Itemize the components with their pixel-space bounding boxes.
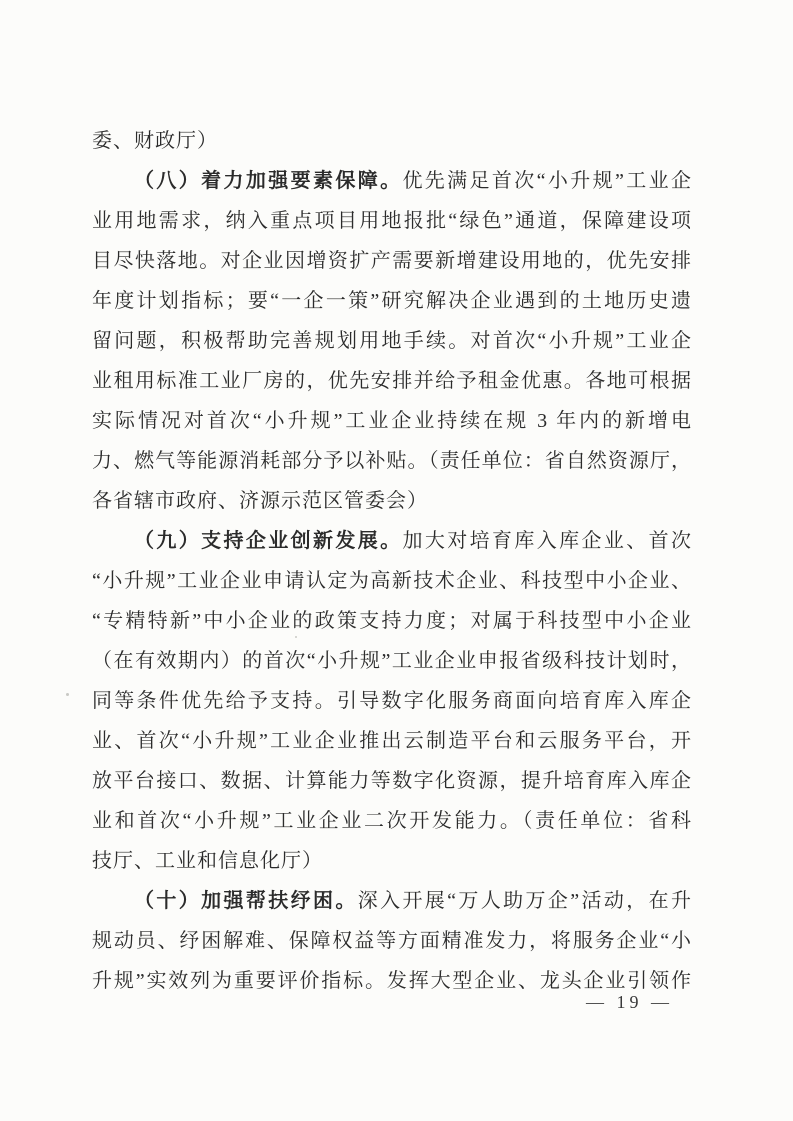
document-line: 业租用标准工业厂房的，优先安排并给予租金优惠。各地可根据 (92, 361, 692, 401)
text-segment: 优先满足首次“小升规”工业企 (402, 170, 692, 192)
document-line: 力、燃气等能源消耗部分予以补贴。（责任单位：省自然资源厅， (92, 441, 692, 481)
document-line: “专精特新”中小企业的政策支持力度；对属于科技型中小企业 (92, 601, 692, 641)
document-line: 委、财政厅） (92, 121, 692, 161)
document-line: 同等条件优先给予支持。引导数字化服务商面向培育库入库企 (92, 681, 692, 721)
text-segment: 业用地需求，纳入重点项目用地报批“绿色”通道，保障建设项 (92, 210, 692, 232)
document-line: 留问题，积极帮助完善规划用地手续。对首次“小升规”工业企 (92, 321, 692, 361)
text-segment: 留问题，积极帮助完善规划用地手续。对首次“小升规”工业企 (92, 330, 692, 352)
text-segment: 同等条件优先给予支持。引导数字化服务商面向培育库入库企 (92, 690, 692, 712)
document-line: （在有效期内）的首次“小升规”工业企业申报省级科技计划时， (92, 641, 692, 681)
page-number: — 19 — (586, 992, 673, 1013)
heading-segment: （九）支持企业创新发展。 (134, 530, 403, 552)
document-line: 年度计划指标；要“一企一策”研究解决企业遇到的土地历史遗 (92, 281, 692, 321)
text-segment: 放平台接口、数据、计算能力等数字化资源，提升培育库入库企 (92, 770, 692, 792)
document-line: 业和首次“小升规”工业企业二次开发能力。（责任单位：省科 (92, 801, 692, 841)
text-segment: 委、财政厅） (92, 130, 218, 152)
document-line: （十）加强帮扶纾困。深入开展“万人助万企”活动，在升 (92, 881, 692, 921)
text-segment: 业租用标准工业厂房的，优先安排并给予租金优惠。各地可根据 (92, 370, 692, 392)
text-segment: 规动员、纾困解难、保障权益等方面精准发力，将服务企业“小 (92, 930, 692, 952)
text-segment: 加大对培育库入库企业、首次 (403, 530, 693, 552)
text-block: 委、财政厅）（八）着力加强要素保障。优先满足首次“小升规”工业企业用地需求，纳入… (92, 121, 692, 1001)
text-segment: 业和首次“小升规”工业企业二次开发能力。（责任单位：省科 (92, 810, 692, 832)
text-segment: 业、首次“小升规”工业企业推出云制造平台和云服务平台，开 (92, 730, 692, 752)
text-segment: “专精特新”中小企业的政策支持力度；对属于科技型中小企业 (92, 610, 692, 632)
document-line: 实际情况对首次“小升规”工业企业持续在规 3 年内的新增电 (92, 401, 692, 441)
document-page: 委、财政厅）（八）着力加强要素保障。优先满足首次“小升规”工业企业用地需求，纳入… (0, 0, 793, 1121)
heading-segment: （十）加强帮扶纾困。 (134, 890, 358, 912)
text-segment: 实际情况对首次“小升规”工业企业持续在规 3 年内的新增电 (92, 410, 692, 432)
document-line: 业、首次“小升规”工业企业推出云制造平台和云服务平台，开 (92, 721, 692, 761)
scan-speck (295, 636, 297, 638)
document-line: （九）支持企业创新发展。加大对培育库入库企业、首次 (92, 521, 692, 561)
document-line: 各省辖市政府、济源示范区管委会） (92, 481, 692, 521)
document-line: 规动员、纾困解难、保障权益等方面精准发力，将服务企业“小 (92, 921, 692, 961)
scan-speck (66, 693, 69, 696)
text-segment: 年度计划指标；要“一企一策”研究解决企业遇到的土地历史遗 (92, 290, 692, 312)
text-segment: 技厅、工业和信息化厅） (92, 850, 323, 872)
text-segment: 各省辖市政府、济源示范区管委会） (92, 490, 428, 512)
document-line: 业用地需求，纳入重点项目用地报批“绿色”通道，保障建设项 (92, 201, 692, 241)
document-line: “小升规”工业企业申请认定为高新技术企业、科技型中小企业、 (92, 561, 692, 601)
document-line: 技厅、工业和信息化厅） (92, 841, 692, 881)
text-segment: 升规”实效列为重要评价指标。发挥大型企业、龙头企业引领作 (92, 970, 692, 992)
text-segment: 力、燃气等能源消耗部分予以补贴。（责任单位：省自然资源厅， (92, 450, 692, 472)
text-segment: 深入开展“万人助万企”活动，在升 (358, 890, 692, 912)
text-segment: “小升规”工业企业申请认定为高新技术企业、科技型中小企业、 (92, 570, 692, 592)
text-segment: （在有效期内）的首次“小升规”工业企业申报省级科技计划时， (92, 650, 692, 672)
heading-segment: （八）着力加强要素保障。 (134, 170, 402, 192)
document-line: （八）着力加强要素保障。优先满足首次“小升规”工业企 (92, 161, 692, 201)
document-line: 放平台接口、数据、计算能力等数字化资源，提升培育库入库企 (92, 761, 692, 801)
text-segment: 目尽快落地。对企业因增资扩产需要新增建设用地的，优先安排 (92, 250, 692, 272)
document-line: 目尽快落地。对企业因增资扩产需要新增建设用地的，优先安排 (92, 241, 692, 281)
